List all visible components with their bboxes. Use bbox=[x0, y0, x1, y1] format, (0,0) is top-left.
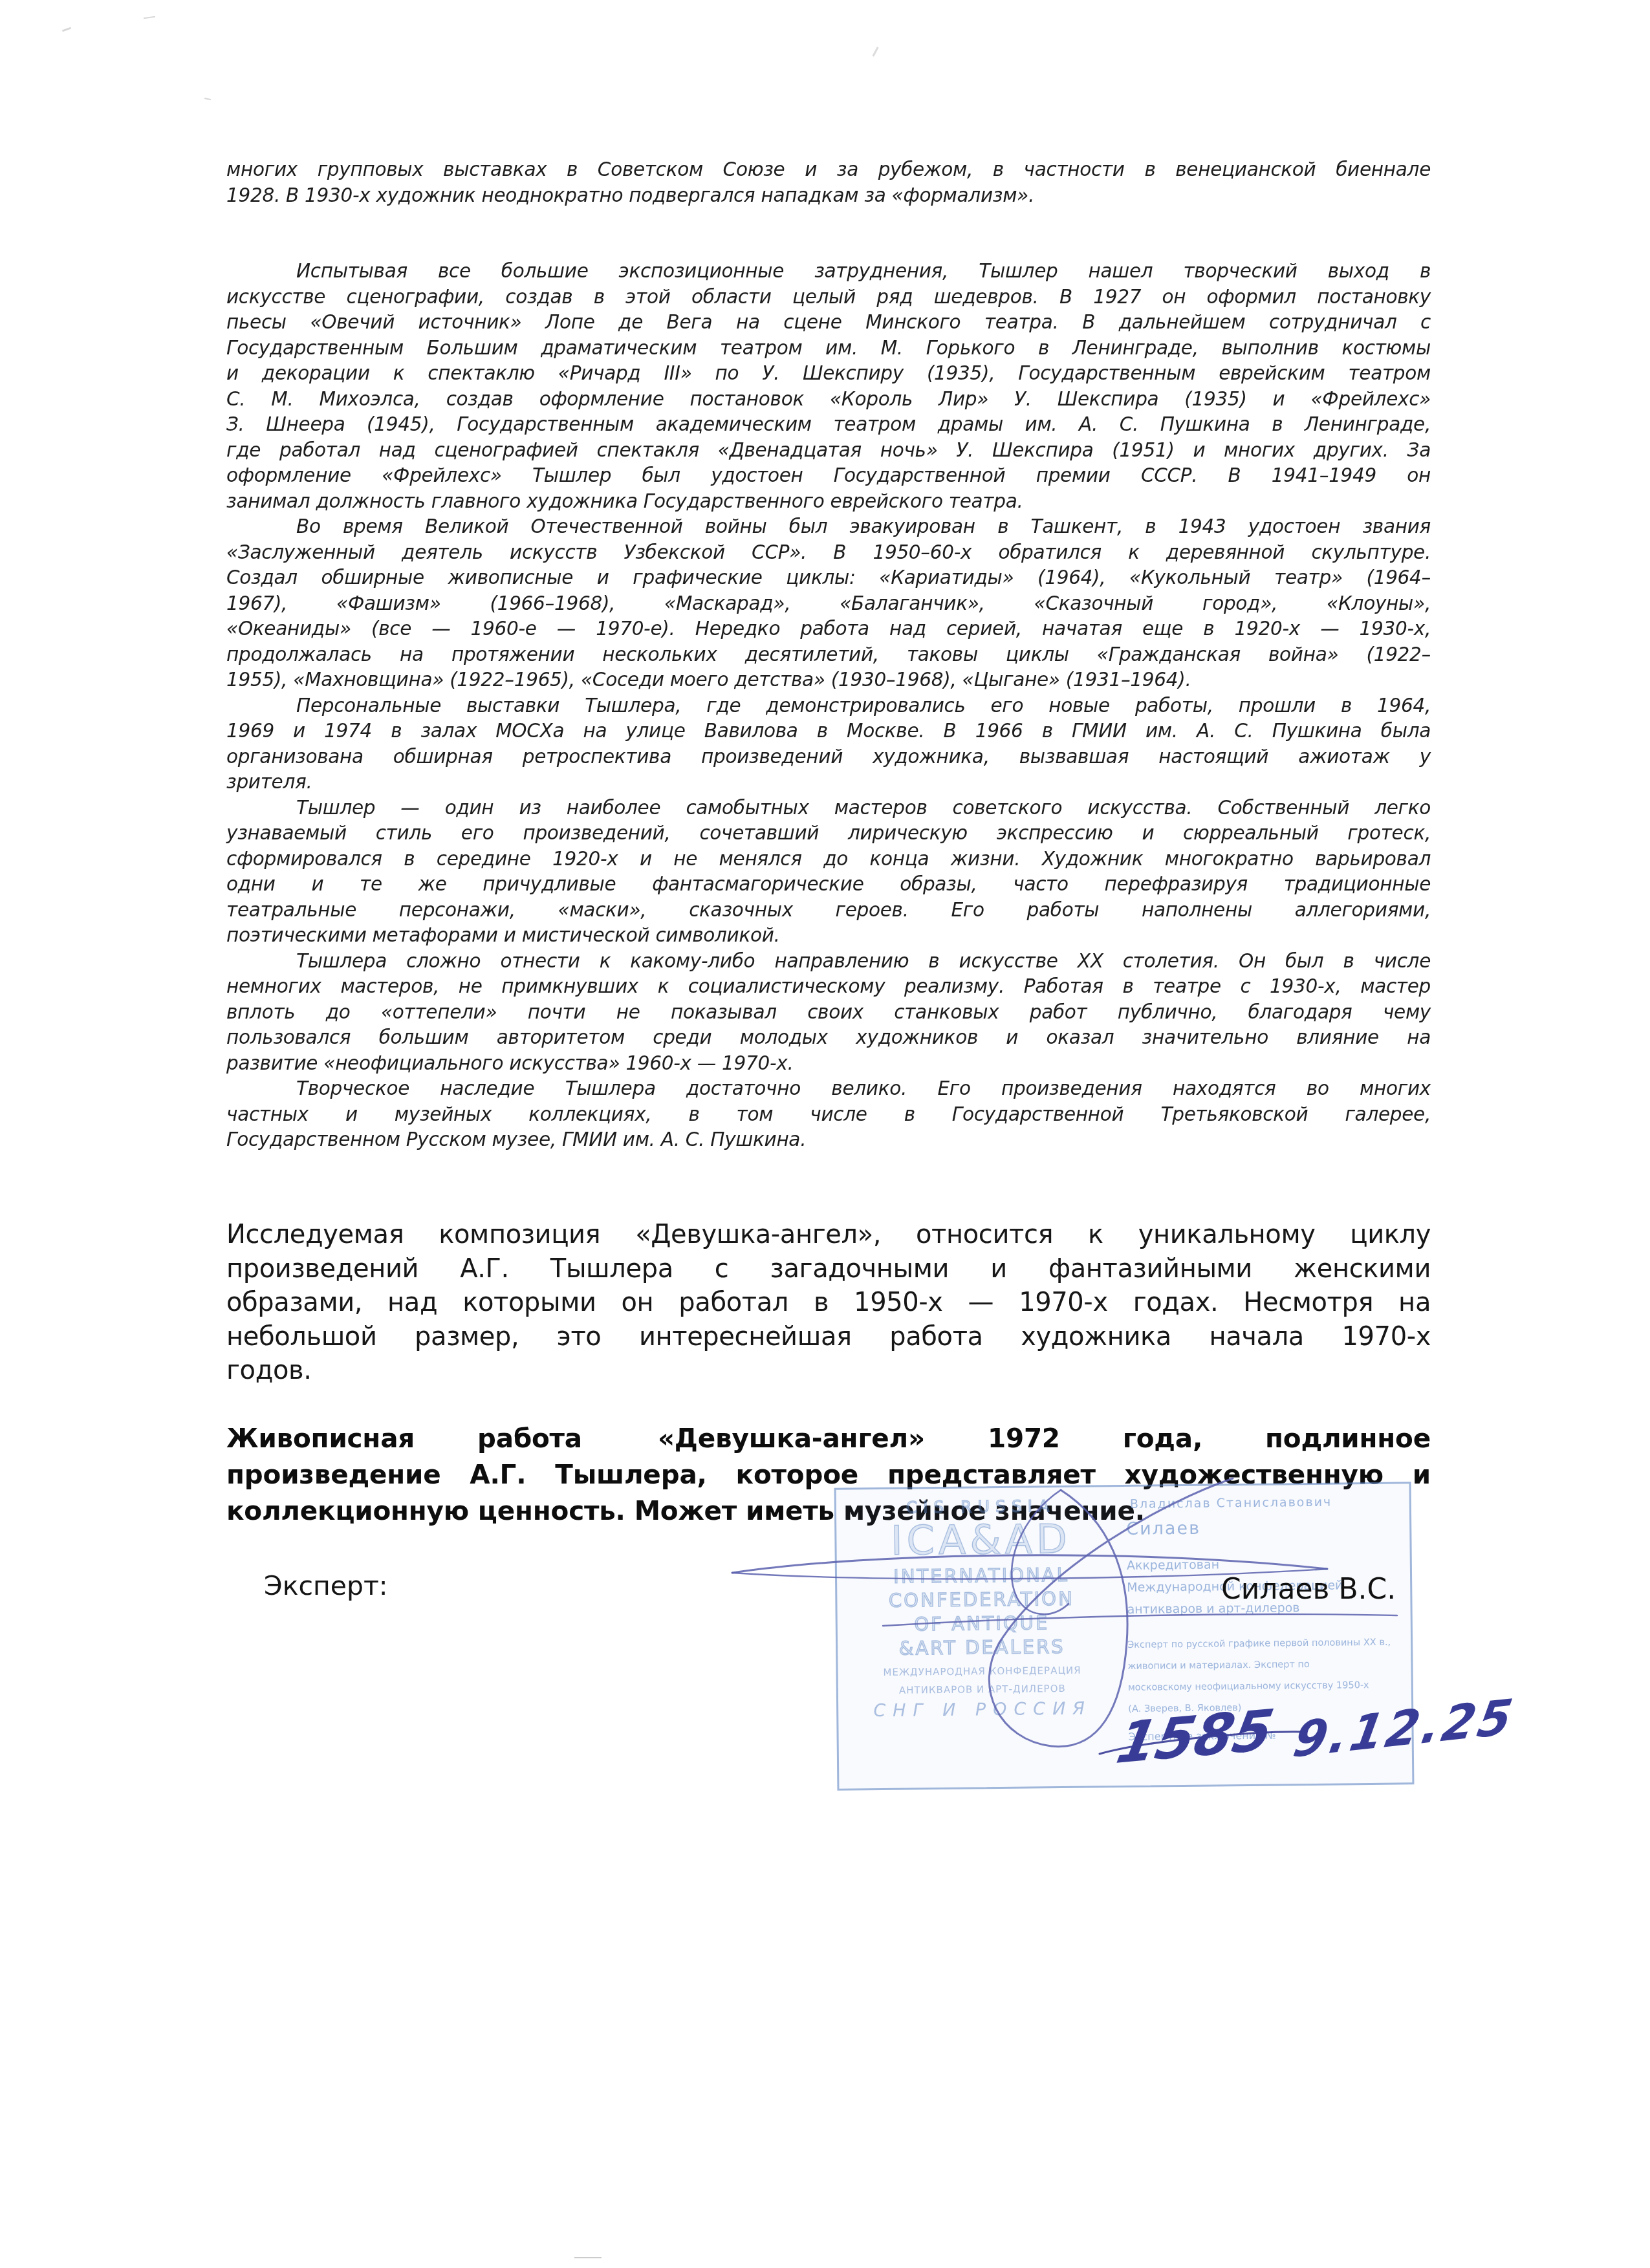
biography-text: Испытывая все большие экспозиционные зат… bbox=[226, 259, 1431, 1153]
text-line: и декорации к спектаклю «Ричард III» по … bbox=[226, 361, 1431, 387]
text-line: Во время Великой Отечественной войны был… bbox=[226, 514, 1431, 540]
text-line: С. М. Михоэлса, создав оформление постан… bbox=[226, 387, 1431, 413]
text-line: развитие «неофициального искусства» 1960… bbox=[226, 1051, 1431, 1077]
text-line: 1928. В 1930-х художник неоднократно под… bbox=[226, 183, 1431, 209]
text-line: 1955), «Махновщина» (1922–1965), «Соседи… bbox=[226, 667, 1431, 693]
text-line: узнаваемый стиль его произведений, сочет… bbox=[226, 821, 1431, 847]
document-page: многих групповых выставках в Советском С… bbox=[0, 0, 1650, 2268]
text-line: частных и музейных коллекциях, в том чис… bbox=[226, 1102, 1431, 1128]
text-line: оформление «Фрейлехс» Тышлер был удостое… bbox=[226, 463, 1431, 489]
text-line: сформировался в середине 1920-х и не мен… bbox=[226, 847, 1431, 872]
text-line: Государственным Большим драматическим те… bbox=[226, 336, 1431, 362]
text-line: Государственном Русском музее, ГМИИ им. … bbox=[226, 1127, 1431, 1153]
text-line: Исследуемая композиция «Девушка-ангел», … bbox=[226, 1218, 1431, 1252]
text-line: небольшой размер, это интереснейшая рабо… bbox=[226, 1320, 1431, 1354]
text-line: где работал над сценографией спектакля «… bbox=[226, 438, 1431, 464]
text-line: поэтическими метафорами и мистической си… bbox=[226, 923, 1431, 949]
text-line: З. Шнеера (1945), Государственным академ… bbox=[226, 412, 1431, 438]
stamp-specialty: Эксперт по русской графике первой полови… bbox=[1127, 1632, 1406, 1656]
text-line: немногих мастеров, не примкнувших к соци… bbox=[226, 974, 1431, 1000]
expert-label: Эксперт: bbox=[264, 1570, 388, 1601]
stamp-org-name-en: INTERNATIONAL bbox=[842, 1562, 1120, 1590]
stamp-expert-surname: Силаев bbox=[1126, 1516, 1404, 1539]
text-line: вплоть до «оттепели» почти не показывал … bbox=[226, 1000, 1431, 1026]
text-line: искусстве сценографии, создав в этой обл… bbox=[226, 285, 1431, 310]
stamp-org-name-ru: МЕЖДУНАРОДНАЯ КОНФЕДЕРАЦИЯ bbox=[843, 1663, 1121, 1679]
stamp-org-region-ru: СНГ И РОССИЯ bbox=[843, 1698, 1122, 1722]
text-line: 1969 и 1974 в залах МОСХа на улице Вавил… bbox=[226, 718, 1431, 744]
stamp-org-name-ru: АНТИКВАРОВ И АРТ-ДИЛЕРОВ bbox=[843, 1681, 1122, 1698]
text-line: Создал обширные живописные и графические… bbox=[226, 565, 1431, 591]
text-line: Персональные выставки Тышлера, где демон… bbox=[226, 693, 1431, 719]
conclusion-paragraph: Исследуемая композиция «Девушка-ангел», … bbox=[226, 1218, 1431, 1388]
text-line: Тышлер — один из наиболее самобытных мас… bbox=[226, 795, 1431, 821]
text-line: 1967), «Фашизм» (1966–1968), «Маскарад»,… bbox=[226, 591, 1431, 617]
text-line: одни и те же причудливые фантасмагоричес… bbox=[226, 872, 1431, 898]
stamp-org-acronym: ICA&AD bbox=[841, 1517, 1120, 1562]
text-line: Творческое наследие Тышлера достаточно в… bbox=[226, 1076, 1431, 1102]
text-line: «Океаниды» (все — 1960-е — 1970-е). Нере… bbox=[226, 616, 1431, 642]
text-line: организована обширная ретроспектива прои… bbox=[226, 744, 1431, 770]
text-line: продолжалась на протяжении нескольких де… bbox=[226, 642, 1431, 668]
stamp-expert-patronymic: Владислав Станиславович bbox=[1130, 1494, 1404, 1511]
expert-name: Силаев В.С. bbox=[1221, 1573, 1396, 1606]
text-line: Живописная работа «Девушка-ангел» 1972 г… bbox=[226, 1420, 1431, 1456]
text-line: пьесы «Овечий источник» Лопе де Вега на … bbox=[226, 310, 1431, 336]
stamp-org-name-en: CONFEDERATION bbox=[842, 1586, 1120, 1614]
scan-artifact bbox=[204, 98, 211, 100]
continuation-paragraph: многих групповых выставках в Советском С… bbox=[226, 157, 1431, 208]
text-line: «Заслуженный деятель искусств Узбекской … bbox=[226, 540, 1431, 566]
scan-artifact bbox=[62, 27, 71, 32]
text-line: годов. bbox=[226, 1354, 1431, 1388]
text-line: зрителя. bbox=[226, 770, 1431, 795]
stamp-org-name-en: OF ANTIQUE bbox=[843, 1610, 1121, 1637]
text-line: занимал должность главного художника Гос… bbox=[226, 489, 1431, 515]
stamp-org-region: CIS RUSSIA bbox=[841, 1496, 1120, 1518]
stamp-org-block: CIS RUSSIA ICA&AD INTERNATIONAL CONFEDER… bbox=[841, 1496, 1122, 1721]
text-line: театральные персонажи, «маски», сказочны… bbox=[226, 898, 1431, 923]
text-line: многих групповых выставках в Советском С… bbox=[226, 157, 1431, 183]
text-line: Испытывая все большие экспозиционные зат… bbox=[226, 259, 1431, 285]
text-line: Тышлера сложно отнести к какому-либо нап… bbox=[226, 949, 1431, 975]
stamp-org-name-en: &ART DEALERS bbox=[843, 1634, 1121, 1661]
stamp-specialty: живописи и материалах. Эксперт по bbox=[1127, 1653, 1406, 1678]
scan-artifact bbox=[574, 2257, 602, 2258]
text-line: образами, над которыми он работал в 1950… bbox=[226, 1286, 1431, 1320]
text-line: произведений А.Г. Тышлера с загадочными … bbox=[226, 1252, 1431, 1286]
scan-artifact bbox=[144, 16, 155, 19]
text-line: пользовался большим авторитетом среди мо… bbox=[226, 1025, 1431, 1051]
scan-artifact bbox=[872, 47, 878, 57]
stamp-specialty: московскому неофициальному искусству 195… bbox=[1128, 1674, 1406, 1699]
